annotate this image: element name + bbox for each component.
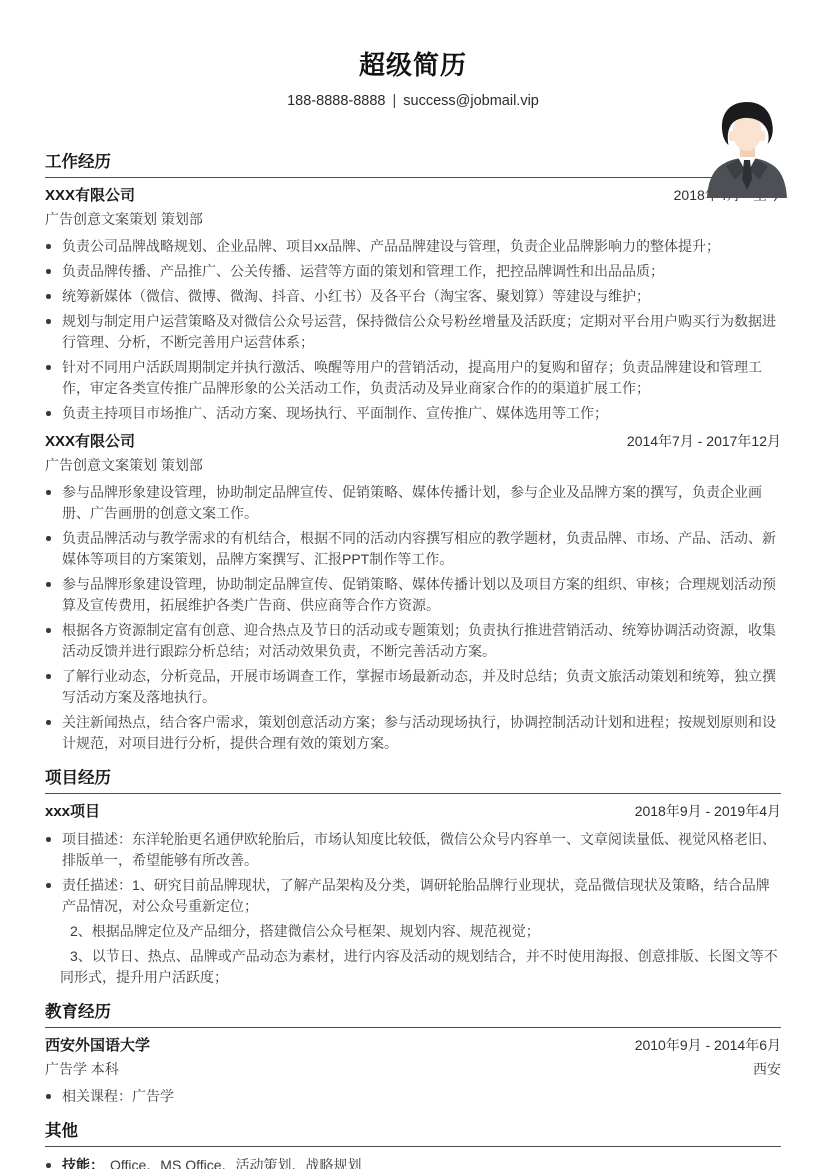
bullet-item: 负责主持项目市场推广、活动方案、现场执行、平面制作、宣传推广、媒体选用等工作； [45, 403, 781, 424]
contact-separator: | [392, 93, 396, 109]
bullet-item: 责任描述：1、研究目前品牌现状，了解产品架构及分类，调研轮胎品牌行业现状，竞品微… [45, 875, 781, 917]
work-entry-1: XXX有限公司 2018年4月 - 至今 广告创意文案策划 策划部 负责公司品牌… [45, 186, 781, 424]
bullet-item: 参与品牌形象建设管理，协助制定品牌宣传、促销策略、媒体传播计划以及项目方案的组织… [45, 574, 781, 616]
bullet-item: 了解行业动态，分析竞品，开展市场调查工作，掌握市场最新动态，并及时总结；负责文旅… [45, 666, 781, 708]
male-avatar-illustration [704, 100, 790, 198]
company-name: XXX有限公司 [45, 187, 135, 205]
bullet-list: 项目描述：东洋轮胎更名通伊欧轮胎后，市场认知度比较低，微信公众号内容单一、文章阅… [45, 829, 781, 917]
contact-line: 188-8888-8888|success@jobmail.vip [45, 91, 781, 111]
skills-item: 技能：Office，MS Office，活动策划，战略规划 [45, 1155, 781, 1169]
sub-point-list: 2、根据品牌定位及产品细分，搭建微信公众号框架、规划内容、规范视觉； 3、以节日… [45, 921, 781, 988]
other-section-heading: 其他 [45, 1122, 781, 1147]
bullet-item: 项目描述：东洋轮胎更名通伊欧轮胎后，市场认知度比较低，微信公众号内容单一、文章阅… [45, 829, 781, 871]
project-name: xxx项目 [45, 803, 100, 821]
education-subline: 广告学 本科 西安 [45, 1060, 781, 1078]
section-education: 教育经历 西安外国语大学 2010年9月 - 2014年6月 广告学 本科 西安… [45, 1003, 781, 1107]
project-section-heading: 项目经历 [45, 769, 781, 794]
sub-point: 3、以节日、热点、品牌或产品动态为素材，进行内容及活动的规划结合，并不时使用海报… [45, 946, 781, 988]
education-section-heading: 教育经历 [45, 1003, 781, 1028]
education-entry-1: 西安外国语大学 2010年9月 - 2014年6月 广告学 本科 西安 相关课程… [45, 1036, 781, 1107]
phone-number: 188-8888-8888 [287, 93, 385, 109]
major-degree: 广告学 本科 [45, 1060, 119, 1078]
entry-header: XXX有限公司 2018年4月 - 至今 [45, 186, 781, 205]
bullet-list: 相关课程：广告学 [45, 1086, 781, 1107]
role-text: 广告创意文案策划 策划部 [45, 210, 203, 228]
bullet-list: 参与品牌形象建设管理，协助制定品牌宣传、促销策略、媒体传播计划，参与企业及品牌方… [45, 482, 781, 754]
skills-value: Office，MS Office，活动策划，战略规划 [110, 1157, 362, 1169]
date-range: 2010年9月 - 2014年6月 [635, 1036, 781, 1054]
bullet-item: 关注新闻热点，结合客户需求，策划创意活动方案；参与活动现场执行，协调控制活动计划… [45, 712, 781, 754]
role-title: 广告创意文案策划 策划部 [45, 456, 781, 474]
entry-header: xxx项目 2018年9月 - 2019年4月 [45, 802, 781, 821]
page-title: 超级简历 [45, 50, 781, 80]
company-name: XXX有限公司 [45, 433, 135, 451]
work-entry-2: XXX有限公司 2014年7月 - 2017年12月 广告创意文案策划 策划部 … [45, 432, 781, 754]
sub-point: 2、根据品牌定位及产品细分，搭建微信公众号框架、规划内容、规范视觉； [45, 921, 781, 942]
section-other: 其他 技能：Office，MS Office，活动策划，战略规划 [45, 1122, 781, 1169]
profile-photo [704, 100, 790, 198]
date-range: 2014年7月 - 2017年12月 [627, 432, 781, 450]
bullet-item: 相关课程：广告学 [45, 1086, 781, 1107]
resume-header: 超级简历 188-8888-8888|success@jobmail.vip [45, 50, 781, 111]
bullet-item: 针对不同用户活跃周期制定并执行激活、唤醒等用户的营销活动，提高用户的复购和留存；… [45, 357, 781, 399]
resume-page: 超级简历 188-8888-8888|success@jobmail.vip [0, 50, 826, 1169]
date-range: 2018年9月 - 2019年4月 [635, 802, 781, 820]
bullet-item: 参与品牌形象建设管理，协助制定品牌宣传、促销策略、媒体传播计划，参与企业及品牌方… [45, 482, 781, 524]
school-location: 西安 [753, 1060, 781, 1078]
work-section-heading: 工作经历 [45, 153, 781, 178]
bullet-item: 负责公司品牌战略规划、企业品牌、项目xx品牌、产品品牌建设与管理，负责企业品牌影… [45, 236, 781, 257]
bullet-item: 统筹新媒体（微信、微博、微淘、抖音、小红书）及各平台（淘宝客、聚划算）等建设与维… [45, 286, 781, 307]
section-project-experience: 项目经历 xxx项目 2018年9月 - 2019年4月 项目描述：东洋轮胎更名… [45, 769, 781, 988]
email-address: success@jobmail.vip [403, 93, 539, 109]
bullet-item: 负责品牌传播、产品推广、公关传播、运营等方面的策划和管理工作，把控品牌调性和出品… [45, 261, 781, 282]
bullet-item: 负责品牌活动与教学需求的有机结合，根据不同的活动内容撰写相应的教学题材，负责品牌… [45, 528, 781, 570]
project-entry-1: xxx项目 2018年9月 - 2019年4月 项目描述：东洋轮胎更名通伊欧轮胎… [45, 802, 781, 988]
entry-header: 西安外国语大学 2010年9月 - 2014年6月 [45, 1036, 781, 1055]
role-text: 广告创意文案策划 策划部 [45, 456, 203, 474]
bullet-item: 规划与制定用户运营策略及对微信公众号运营，保持微信公众号粉丝增量及活跃度；定期对… [45, 311, 781, 353]
skills-label: 技能： [62, 1157, 104, 1169]
entry-header: XXX有限公司 2014年7月 - 2017年12月 [45, 432, 781, 451]
bullet-item: 根据各方资源制定富有创意、迎合热点及节日的活动或专题策划；负责执行推进营销活动、… [45, 620, 781, 662]
section-work-experience: 工作经历 XXX有限公司 2018年4月 - 至今 广告创意文案策划 策划部 负… [45, 153, 781, 754]
role-title: 广告创意文案策划 策划部 [45, 210, 781, 228]
school-name: 西安外国语大学 [45, 1037, 150, 1055]
bullet-list: 技能：Office，MS Office，活动策划，战略规划 [45, 1155, 781, 1169]
bullet-list: 负责公司品牌战略规划、企业品牌、项目xx品牌、产品品牌建设与管理，负责企业品牌影… [45, 236, 781, 424]
